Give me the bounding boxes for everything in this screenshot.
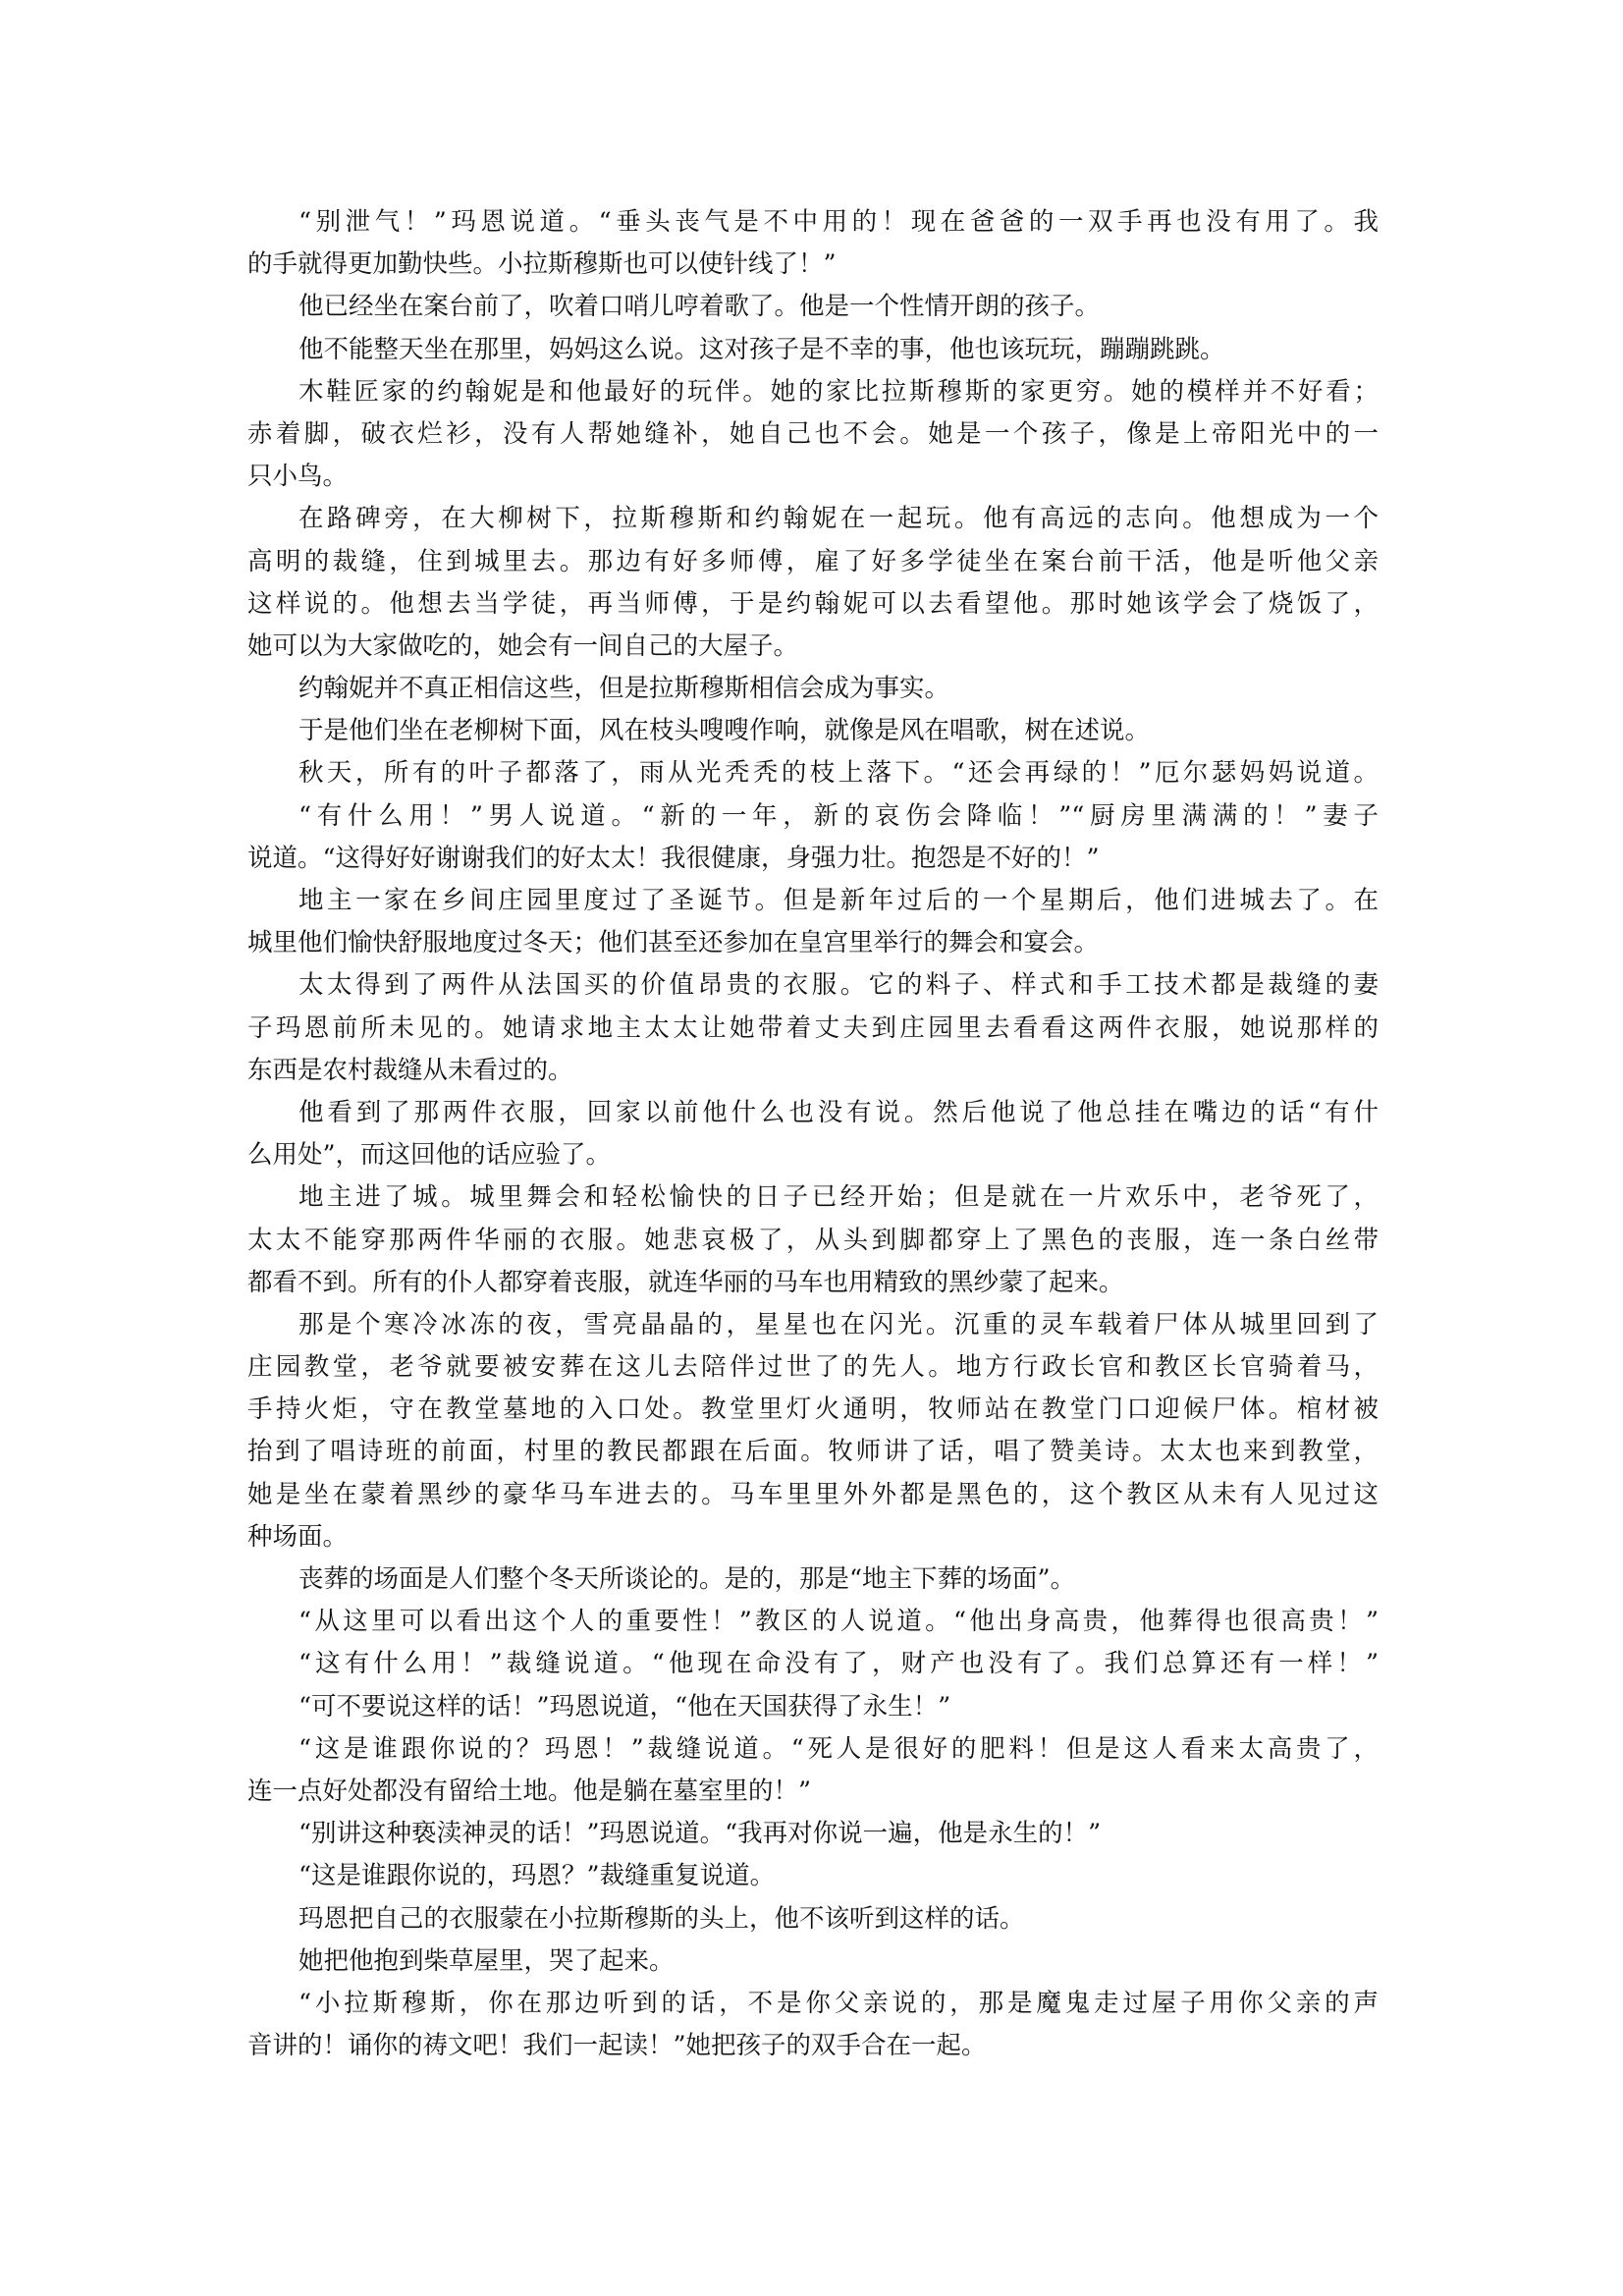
text-line: 太太得到了两件从法国买的价值昂贵的衣服。它的料子、样式和手工技术都是裁缝的妻 bbox=[247, 964, 1379, 1007]
text-line: “从这里可以看出这个人的重要性！”教区的人说道。“他出身高贵，他葬得也很高贵！” bbox=[247, 1601, 1379, 1643]
text-line: 城里他们愉快舒服地度过冬天；他们甚至还参加在皇宫里举行的舞会和宴会。 bbox=[247, 922, 1379, 964]
text-line: 音讲的！诵你的祷文吧！我们一起读！”她把孩子的双手合在一起。 bbox=[247, 2025, 1379, 2067]
text-line: 么用处”，而这回他的话应验了。 bbox=[247, 1134, 1379, 1176]
text-line: “这有什么用！”裁缝说道。“他现在命没有了，财产也没有了。我们总算还有一样！” bbox=[247, 1643, 1379, 1685]
text-line: 丧葬的场面是人们整个冬天所谈论的。是的，那是“地主下葬的场面”。 bbox=[247, 1558, 1379, 1601]
text-line: 约翰妮并不真正相信这些，但是拉斯穆斯相信会成为事实。 bbox=[247, 668, 1379, 710]
text-line: 这样说的。他想去当学徒，再当师傅，于是约翰妮可以去看望他。那时她该学会了烧饭了， bbox=[247, 583, 1379, 626]
text-line: 太太不能穿那两件华丽的衣服。她悲哀极了，从头到脚都穿上了黑色的丧服，连一条白丝带 bbox=[247, 1220, 1379, 1262]
text-line: 玛恩把自己的衣服蒙在小拉斯穆斯的头上，他不该听到这样的话。 bbox=[247, 1898, 1379, 1941]
text-line: 说道。“这得好好谢谢我们的好太太！我很健康，身强力壮。抱怨是不好的！” bbox=[247, 838, 1379, 880]
text-line: 东西是农村裁缝从未看过的。 bbox=[247, 1050, 1379, 1092]
text-line: 她把他抱到柴草屋里，哭了起来。 bbox=[247, 1941, 1379, 1983]
text-line: 她是坐在蒙着黑纱的豪华马车进去的。马车里里外外都是黑色的，这个教区从未有人见过这 bbox=[247, 1474, 1379, 1516]
text-line: 他看到了那两件衣服，回家以前他什么也没有说。然后他说了他总挂在嘴边的话“有什 bbox=[247, 1092, 1379, 1134]
text-line: “别泄气！”玛恩说道。“垂头丧气是不中用的！现在爸爸的一双手再也没有用了。我 bbox=[247, 201, 1379, 244]
text-line: 赤着脚，破衣烂衫，没有人帮她缝补，她自己也不会。她是一个孩子，像是上帝阳光中的一 bbox=[247, 413, 1379, 456]
text-line: 都看不到。所有的仆人都穿着丧服，就连华丽的马车也用精致的黑纱蒙了起来。 bbox=[247, 1262, 1379, 1304]
text-line: 抬到了唱诗班的前面，村里的教民都跟在后面。牧师讲了话，唱了赞美诗。太太也来到教堂… bbox=[247, 1431, 1379, 1473]
text-line: “可不要说这样的话！”玛恩说道，“他在天国获得了永生！” bbox=[247, 1686, 1379, 1728]
text-line: “小拉斯穆斯，你在那边听到的话，不是你父亲说的，那是魔鬼走过屋子用你父亲的声 bbox=[247, 1983, 1379, 2025]
text-line: 秋天，所有的叶子都落了，雨从光秃秃的枝上落下。“还会再绿的！”厄尔瑟妈妈说道。 bbox=[247, 752, 1379, 794]
text-line: “别讲这种亵渎神灵的话！”玛恩说道。“我再对你说一遍，他是永生的！” bbox=[247, 1813, 1379, 1855]
text-line: 的手就得更加勤快些。小拉斯穆斯也可以使针线了！” bbox=[247, 244, 1379, 286]
text-line: 只小鸟。 bbox=[247, 456, 1379, 498]
text-line: 高明的裁缝，住到城里去。那边有好多师傅，雇了好多学徒坐在案台前干活，他是听他父亲 bbox=[247, 541, 1379, 583]
text-line: 连一点好处都没有留给土地。他是躺在墓室里的！” bbox=[247, 1771, 1379, 1813]
text-line: 她可以为大家做吃的，她会有一间自己的大屋子。 bbox=[247, 626, 1379, 668]
text-line: 子玛恩前所未见的。她请求地主太太让她带着丈夫到庄园里去看看这两件衣服，她说那样的 bbox=[247, 1008, 1379, 1050]
text-line: 地主一家在乡间庄园里度过了圣诞节。但是新年过后的一个星期后，他们进城去了。在 bbox=[247, 880, 1379, 922]
document-page: “别泄气！”玛恩说道。“垂头丧气是不中用的！现在爸爸的一双手再也没有用了。我的手… bbox=[247, 201, 1379, 2067]
text-line: 木鞋匠家的约翰妮是和他最好的玩伴。她的家比拉斯穆斯的家更穷。她的模样并不好看； bbox=[247, 371, 1379, 413]
text-line: “这是谁跟你说的，玛恩？”裁缝重复说道。 bbox=[247, 1855, 1379, 1897]
text-line: 他已经坐在案台前了，吹着口哨儿哼着歌了。他是一个性情开朗的孩子。 bbox=[247, 286, 1379, 328]
text-line: 种场面。 bbox=[247, 1516, 1379, 1558]
text-line: 手持火炬，守在教堂墓地的入口处。教堂里灯火通明，牧师站在教堂门口迎候尸体。棺材被 bbox=[247, 1389, 1379, 1431]
text-line: 那是个寒冷冰冻的夜，雪亮晶晶的，星星也在闪光。沉重的灵车载着尸体从城里回到了 bbox=[247, 1304, 1379, 1346]
text-line: 他不能整天坐在那里，妈妈这么说。这对孩子是不幸的事，他也该玩玩，蹦蹦跳跳。 bbox=[247, 329, 1379, 371]
text-line: 在路碑旁，在大柳树下，拉斯穆斯和约翰妮在一起玩。他有高远的志向。他想成为一个 bbox=[247, 498, 1379, 540]
text-line: “有什么用！”男人说道。“新的一年，新的哀伤会降临！”“厨房里满满的！”妻子 bbox=[247, 795, 1379, 838]
text-line: “这是谁跟你说的？玛恩！”裁缝说道。“死人是很好的肥料！但是这人看来太高贵了， bbox=[247, 1728, 1379, 1771]
text-line: 于是他们坐在老柳树下面，风在枝头嗖嗖作响，就像是风在唱歌，树在述说。 bbox=[247, 710, 1379, 752]
text-line: 庄园教堂，老爷就要被安葬在这儿去陪伴过世了的先人。地方行政长官和教区长官骑着马， bbox=[247, 1346, 1379, 1389]
text-line: 地主进了城。城里舞会和轻松愉快的日子已经开始；但是就在一片欢乐中，老爷死了， bbox=[247, 1176, 1379, 1219]
